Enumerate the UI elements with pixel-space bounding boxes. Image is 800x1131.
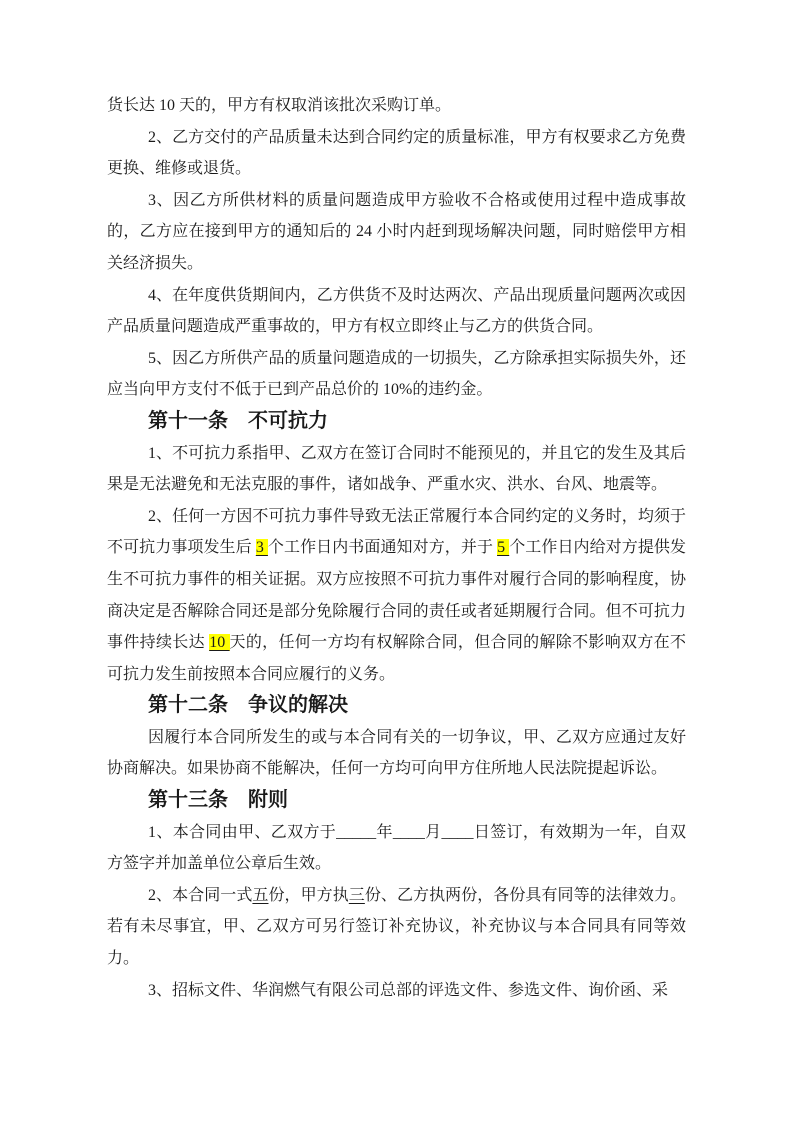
section-heading: 第十三条 附则	[107, 785, 686, 817]
text-run: 第十一条 不可抗力	[148, 410, 328, 432]
contract-paragraph: 4、在年度供货期间内，乙方供货不及时达两次、产品出现质量问题两次或因产品质量问题…	[107, 280, 686, 343]
highlighted-term: 5	[497, 539, 509, 556]
text-run: 1、本合同由甲、乙双方于_____年____月____日签订，有效期为一年，自双…	[107, 824, 686, 873]
section-heading: 第十二条 争议的解决	[107, 690, 686, 722]
text-run: 5、因乙方所供产品的质量问题造成的一切损失，乙方除承担实际损失外，还应当向甲方支…	[107, 350, 686, 399]
text-run: 份，甲方执	[268, 887, 348, 904]
text-run: 因履行本合同所发生的或与本合同有关的一切争议，甲、乙双方应通过友好协商解决。如果…	[107, 729, 686, 778]
contract-paragraph: 5、因乙方所供产品的质量问题造成的一切损失，乙方除承担实际损失外，还应当向甲方支…	[107, 343, 686, 406]
section-heading: 第十一条 不可抗力	[107, 406, 686, 438]
contract-paragraph: 3、招标文件、华润燃气有限公司总部的评选文件、参选文件、询价函、采	[107, 975, 686, 1007]
text-run: 1、不可抗力系指甲、乙双方在签订合同时不能预见的，并且它的发生及其后果是无法避免…	[107, 445, 686, 494]
page-content: 货长达 10 天的，甲方有权取消该批次采购订单。2、乙方交付的产品质量未达到合同…	[107, 90, 686, 1006]
underlined-term: 五	[252, 887, 268, 904]
text-run: 4、在年度供货期间内，乙方供货不及时达两次、产品出现质量问题两次或因产品质量问题…	[107, 287, 686, 336]
text-run: 2、本合同一式	[148, 887, 252, 904]
contract-paragraph: 3、因乙方所供材料的质量问题造成甲方验收不合格或使用过程中造成事故的，乙方应在接…	[107, 185, 686, 280]
contract-paragraph: 1、本合同由甲、乙双方于_____年____月____日签订，有效期为一年，自双…	[107, 817, 686, 880]
text-run: 第十二条 争议的解决	[148, 694, 348, 716]
text-run: 个工作日内书面通知对方，并于	[268, 539, 497, 556]
text-run: 3、招标文件、华润燃气有限公司总部的评选文件、参选文件、询价函、采	[148, 982, 668, 999]
text-run: 2、乙方交付的产品质量未达到合同约定的质量标准，甲方有权要求乙方免费更换、维修或…	[107, 129, 686, 178]
highlighted-term: 3	[256, 539, 268, 556]
contract-paragraph: 2、任何一方因不可抗力事件导致无法正常履行本合同约定的义务时，均须于不可抗力事项…	[107, 501, 686, 691]
text-run: 货长达 10 天的，甲方有权取消该批次采购订单。	[107, 97, 451, 114]
text-run: 3、因乙方所供材料的质量问题造成甲方验收不合格或使用过程中造成事故的，乙方应在接…	[107, 192, 686, 272]
contract-paragraph: 2、本合同一式五份，甲方执三份、乙方执两份，各份具有同等的法律效力。若有未尽事宜…	[107, 880, 686, 975]
contract-paragraph: 2、乙方交付的产品质量未达到合同约定的质量标准，甲方有权要求乙方免费更换、维修或…	[107, 122, 686, 185]
underlined-term: 三	[349, 887, 365, 904]
highlighted-term: 10	[209, 634, 229, 651]
contract-paragraph: 1、不可抗力系指甲、乙双方在签订合同时不能预见的，并且它的发生及其后果是无法避免…	[107, 438, 686, 501]
contract-paragraph: 因履行本合同所发生的或与本合同有关的一切争议，甲、乙双方应通过友好协商解决。如果…	[107, 722, 686, 785]
contract-paragraph: 货长达 10 天的，甲方有权取消该批次采购订单。	[107, 90, 686, 122]
text-run: 第十三条 附则	[148, 789, 288, 811]
document-page: 货长达 10 天的，甲方有权取消该批次采购订单。2、乙方交付的产品质量未达到合同…	[0, 0, 800, 1131]
